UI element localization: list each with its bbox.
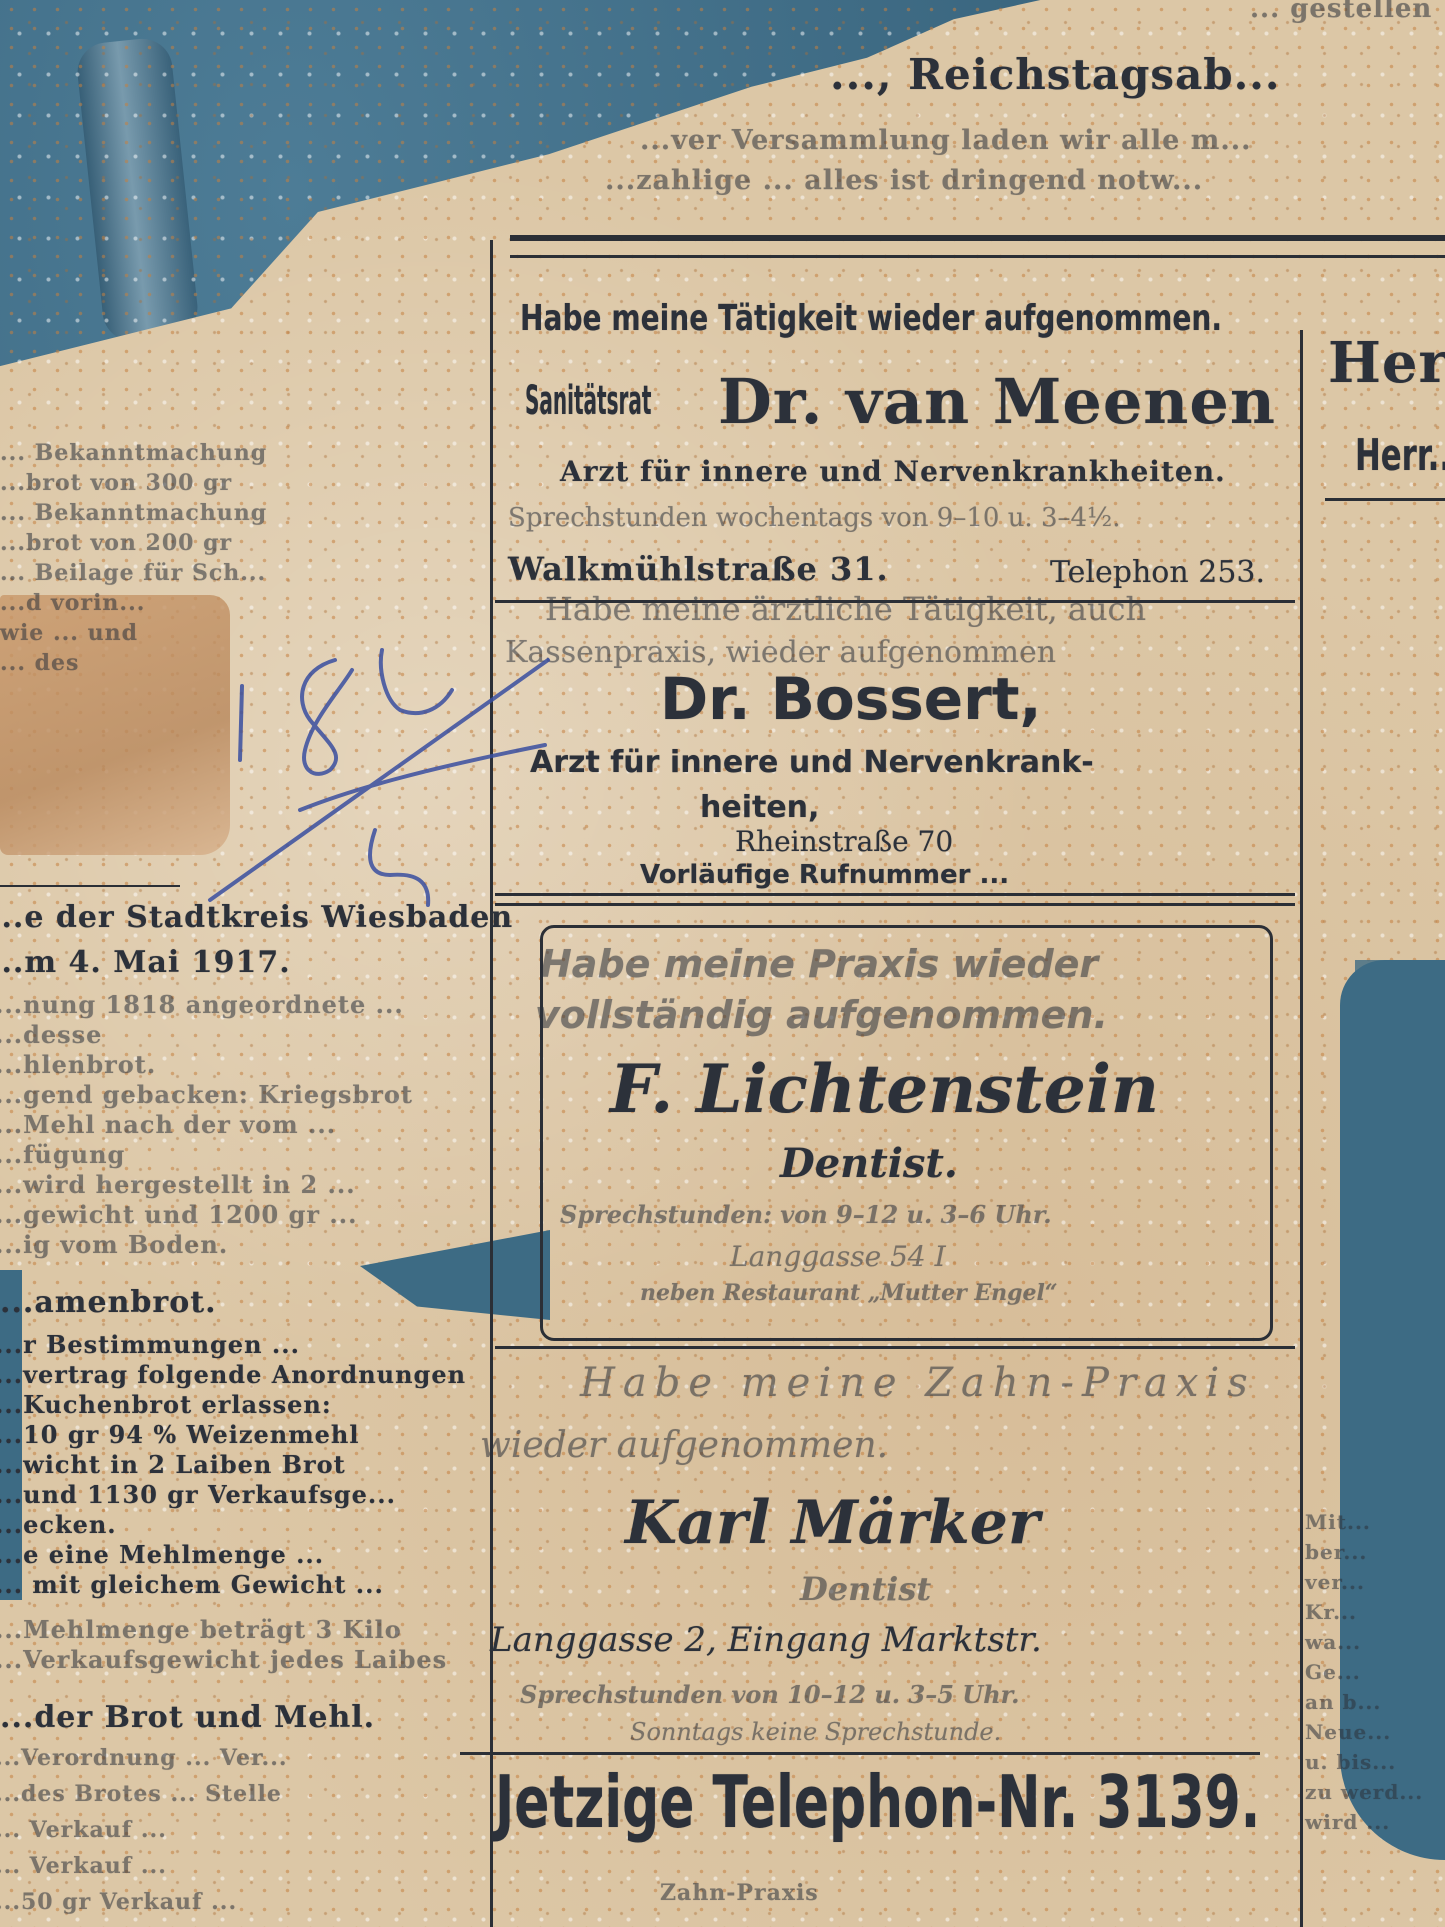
right-headline: Herr... xyxy=(1328,330,1445,396)
text-line: Neue... xyxy=(1305,1720,1391,1744)
text-line: zu werd... xyxy=(1305,1780,1423,1804)
ad-lead: Habe meine Tätigkeit wieder aufgenommen. xyxy=(520,298,1222,339)
text-line: ...gewicht und 1200 gr ... xyxy=(0,1200,357,1229)
text-line: u. bis... xyxy=(1305,1750,1396,1774)
text-line: wie ... und xyxy=(0,620,138,646)
text-line: ...vertrag folgende Anordnungen xyxy=(0,1360,466,1389)
ad-lead-1: Habe meine Praxis wieder xyxy=(540,942,1098,986)
text-line: Kr... xyxy=(1305,1600,1357,1624)
section-2-title: ...amenbrot. xyxy=(0,1285,217,1320)
text-line: ... Verkauf ... xyxy=(0,1817,167,1843)
column-rule xyxy=(510,255,1445,258)
text-line: ...Kuchenbrot erlassen: xyxy=(0,1390,332,1419)
ad-divider xyxy=(495,903,1295,906)
ad-headline: Jetzige Telephon-Nr. 3139. xyxy=(495,1760,1260,1844)
ad-address: Walkmühlstraße 31. xyxy=(508,550,889,588)
ad-hours: Sprechstunden: von 9–12 u. 3–6 Uhr. xyxy=(560,1200,1052,1229)
ad-lead-1: Habe meine Zahn-Praxis xyxy=(580,1360,1256,1406)
text-line: ...Mehlmenge beträgt 3 Kilo xyxy=(0,1615,402,1644)
text-line: ...nung 1818 angeordnete ... xyxy=(0,990,404,1019)
text-line: wa... xyxy=(1305,1630,1361,1654)
ad-specialty-1: Arzt für innere und Nervenkrank- xyxy=(530,745,1094,780)
ad-name: Karl Märker xyxy=(625,1488,1040,1558)
ad-note: Sonntags keine Sprechstunde. xyxy=(630,1718,1001,1746)
ad-note: neben Restaurant „Mutter Engel“ xyxy=(640,1280,1058,1306)
column-divider xyxy=(1300,330,1303,1927)
text-line: ...ig vom Boden. xyxy=(0,1230,228,1259)
text-line: ...und 1130 gr Verkaufsge... xyxy=(0,1480,396,1509)
ad-address: Langgasse 54 I xyxy=(730,1240,946,1273)
ad-specialty: Arzt für innere und Nervenkrankheiten. xyxy=(560,455,1226,488)
text-line: ... mit gleichem Gewicht ... xyxy=(0,1570,384,1599)
ad-profession: Dentist. xyxy=(780,1140,958,1187)
notice-title-2: ...m 4. Mai 1917. xyxy=(0,945,291,980)
ad-divider xyxy=(460,1752,1260,1755)
ad-name: Dr. Bossert, xyxy=(660,665,1042,733)
text-line: ...e eine Mehlmenge ... xyxy=(0,1540,324,1569)
ad-profession: Dentist xyxy=(800,1570,931,1608)
text-line: ...wicht in 2 Laiben Brot xyxy=(0,1450,346,1479)
ad-specialty-2: heiten, xyxy=(700,790,819,825)
section-4-title: ...der Brot und Mehl. xyxy=(0,1700,375,1735)
text-line: ver... xyxy=(1305,1570,1365,1594)
text-line: ...Verkaufsgewicht jedes Laibes xyxy=(0,1645,447,1674)
ad-divider xyxy=(495,1346,1295,1349)
text-line: ...des Brotes ... Stelle xyxy=(0,1781,282,1807)
text-line: ...fügung xyxy=(0,1140,125,1169)
ad-lead-2: wieder aufgenommen. xyxy=(480,1425,888,1466)
text-line: ... Beilage für Sch... xyxy=(0,560,266,586)
text-line: ...wird hergestellt in 2 ... xyxy=(0,1170,356,1199)
text-line: ... des xyxy=(0,650,79,676)
text-line: ...gend gebacken: Kriegsbrot xyxy=(0,1080,413,1109)
text-line: ...desse xyxy=(0,1020,102,1049)
ad-divider xyxy=(495,893,1295,896)
ad-sub: Zahn-Praxis xyxy=(660,1880,819,1906)
text-line: ...r Bestimmungen ... xyxy=(0,1330,300,1359)
text-line: ... Verkauf ... xyxy=(0,1853,167,1879)
torn-area-right-top xyxy=(1355,960,1385,1020)
ad-name: Dr. van Meenen xyxy=(718,365,1276,438)
ad-phone: Telephon 253. xyxy=(1050,555,1265,590)
text-line: ... Bekanntmachung xyxy=(0,440,267,466)
text-line: ...ecken. xyxy=(0,1510,117,1539)
ad-phone: Vorläufige Rufnummer ... xyxy=(640,860,1009,890)
ad-name: F. Lichtenstein xyxy=(610,1050,1159,1128)
ad-lead-2: vollständig aufgenommen. xyxy=(535,993,1108,1037)
text-line: ...10 gr 94 % Weizenmehl xyxy=(0,1420,359,1449)
column-divider xyxy=(490,240,493,1927)
text-line: ... Bekanntmachung xyxy=(0,500,267,526)
top-line-1: ...ver Versammlung laden wir alle m... xyxy=(640,125,1252,156)
right-divider xyxy=(1325,498,1445,501)
text-line: wird ... xyxy=(1305,1810,1390,1834)
text-line: ...hlenbrot. xyxy=(0,1050,156,1079)
top-line-a: ... gestellen xyxy=(1250,0,1432,24)
ad-lichtenstein-box xyxy=(540,925,1273,1341)
ad-address: Rheinstraße 70 xyxy=(735,825,953,858)
right-sub: Herr... xyxy=(1355,430,1445,481)
text-line: ber... xyxy=(1305,1540,1367,1564)
text-line: ...d vorin... xyxy=(0,590,145,616)
left-divider xyxy=(0,885,180,887)
text-line: ...brot von 300 gr xyxy=(0,470,232,496)
ad-title-prefix: Sanitätsrat xyxy=(525,378,651,424)
top-headline: ..., Reichstagsab... xyxy=(830,50,1281,99)
ad-hours: Sprechstunden wochentags von 9–10 u. 3–4… xyxy=(508,503,1121,533)
text-line: Ge... xyxy=(1305,1660,1361,1684)
notice-title-1: ...e der Stadtkreis Wiesbaden xyxy=(0,900,513,935)
ad-hours: Sprechstunden von 10–12 u. 3–5 Uhr. xyxy=(520,1680,1019,1709)
text-line: ...Verordnung ... Ver... xyxy=(0,1745,288,1771)
text-line: an b... xyxy=(1305,1690,1381,1714)
text-line: ...50 gr Verkauf ... xyxy=(0,1889,237,1915)
top-line-2: ...zahlige ... alles ist dringend notw..… xyxy=(605,165,1203,196)
ad-lead-1: Habe meine ärztliche Tätigkeit, auch xyxy=(545,590,1146,628)
text-line: ...Mehl nach der vom ... xyxy=(0,1110,336,1139)
ad-address: Langgasse 2, Eingang Marktstr. xyxy=(490,1620,1042,1660)
text-line: Mit... xyxy=(1305,1510,1371,1534)
text-line: ...brot von 200 gr xyxy=(0,530,232,556)
column-rule xyxy=(510,235,1445,241)
